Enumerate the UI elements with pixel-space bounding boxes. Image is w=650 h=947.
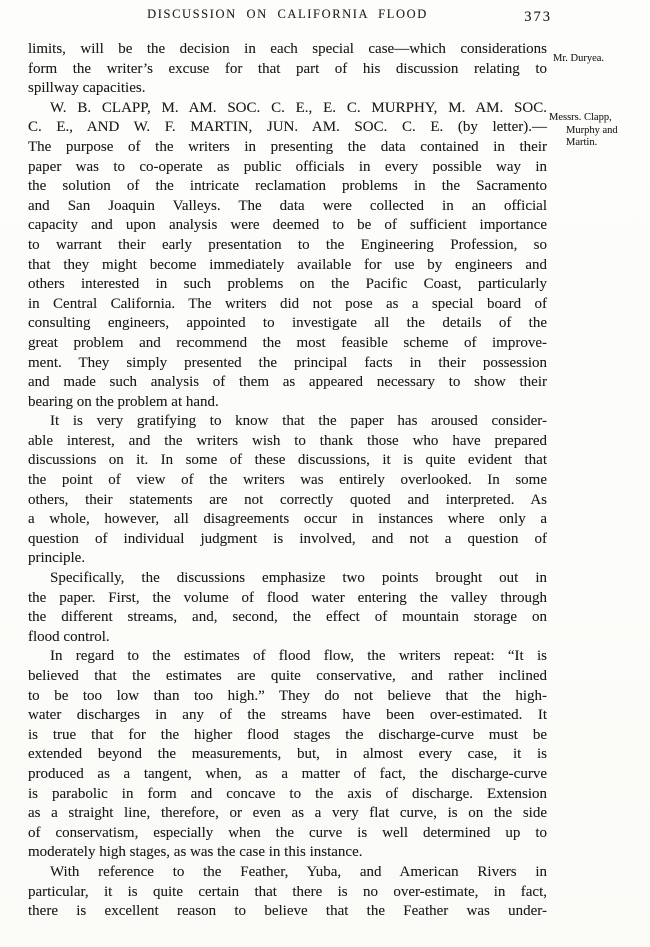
page-number: 373: [455, 9, 552, 26]
text-line: bearing on the problem at hand.: [28, 393, 547, 413]
text-line: is parabolic in form and concave to the …: [28, 785, 547, 805]
text-line: others, their statements are not correct…: [28, 491, 547, 511]
text-line: a whole, however, all disagreements occu…: [28, 510, 547, 530]
text-line: to be too low than too high.” They do no…: [28, 687, 547, 707]
text-line: the different streams, and, second, the …: [28, 608, 547, 628]
text-line: C. E., AND W. F. MARTIN, JUN. AM. SOC. C…: [28, 118, 547, 138]
text-line: great problem and recommend the most fea…: [28, 334, 547, 354]
margin-note-line: Mr. Duryea.: [553, 53, 604, 66]
text-line: there is excellent reason to believe tha…: [28, 902, 547, 922]
text-line: ment. They simply presented the principa…: [28, 354, 547, 374]
text-line: in Central California. The writers did n…: [28, 295, 547, 315]
margin-note-line: Murphy and: [549, 125, 618, 138]
body-text-block: limits, will be the decision in each spe…: [28, 40, 547, 922]
text-line: spillway capacities.: [28, 79, 547, 99]
text-line: limits, will be the decision in each spe…: [28, 40, 547, 60]
text-line: With reference to the Feather, Yuba, and…: [28, 863, 547, 883]
paragraph: With reference to the Feather, Yuba, and…: [28, 863, 547, 922]
margin-note-duryea: Mr. Duryea.: [553, 53, 604, 66]
paragraph: W. B. CLAPP, M. AM. SOC. C. E., E. C. MU…: [28, 99, 547, 413]
text-line: that they might become immediately avail…: [28, 256, 547, 276]
text-line: able interest, and the writers wish to t…: [28, 432, 547, 452]
text-line: particular, it is quite certain that the…: [28, 883, 547, 903]
text-line: paper was to co-operate as public offici…: [28, 158, 547, 178]
text-line: and San Joaquin Valleys. The data were c…: [28, 197, 547, 217]
text-line: and made such analysis of them as appear…: [28, 373, 547, 393]
text-line: the solution of the intricate reclamatio…: [28, 177, 547, 197]
text-line: the paper. First, the volume of flood wa…: [28, 589, 547, 609]
text-line: produced as a tangent, when, as a matter…: [28, 765, 547, 785]
text-line: is true that for the higher flood stages…: [28, 726, 547, 746]
paragraph: limits, will be the decision in each spe…: [28, 40, 547, 99]
text-line: water discharges in any of the streams h…: [28, 706, 547, 726]
text-line: the point of view of the writers was ent…: [28, 471, 547, 491]
text-line: extended beyond the measurements, but, i…: [28, 745, 547, 765]
text-line: In regard to the estimates of flood flow…: [28, 647, 547, 667]
text-line: as a straight line, therefore, or even a…: [28, 804, 547, 824]
text-line: The purpose of the writers in presenting…: [28, 138, 547, 158]
margin-note-line: Messrs. Clapp,: [549, 112, 618, 125]
text-line: of conservatism, especially when the cur…: [28, 824, 547, 844]
text-line: consulting engineers, appointed to inves…: [28, 314, 547, 334]
text-line: question of individual judgment is invol…: [28, 530, 547, 550]
margin-note-line: Martin.: [549, 137, 618, 150]
text-line: to warrant their early presentation to t…: [28, 236, 547, 256]
text-line: capacity and upon analysis were deemed t…: [28, 216, 547, 236]
text-line: It is very gratifying to know that the p…: [28, 412, 547, 432]
paragraph: It is very gratifying to know that the p…: [28, 412, 547, 569]
text-line: believed that the estimates are quite co…: [28, 667, 547, 687]
margin-note-clapp-murphy-martin: Messrs. Clapp, Murphy and Martin.: [549, 112, 618, 150]
text-line: moderately high stages, as was the case …: [28, 843, 547, 863]
scanned-book-page: DISCUSSION ON CALIFORNIA FLOOD 373 limit…: [0, 0, 650, 947]
text-line: Specifically, the discussions emphasize …: [28, 569, 547, 589]
text-line: others interested in such problems on th…: [28, 275, 547, 295]
text-line: form the writer’s excuse for that part o…: [28, 60, 547, 80]
paragraph: Specifically, the discussions emphasize …: [28, 569, 547, 647]
paragraph: In regard to the estimates of flood flow…: [28, 647, 547, 863]
text-line: flood control.: [28, 628, 547, 648]
text-line: W. B. CLAPP, M. AM. SOC. C. E., E. C. MU…: [28, 99, 547, 119]
text-line: discussions on it. In some of these disc…: [28, 451, 547, 471]
text-line: principle.: [28, 549, 547, 569]
